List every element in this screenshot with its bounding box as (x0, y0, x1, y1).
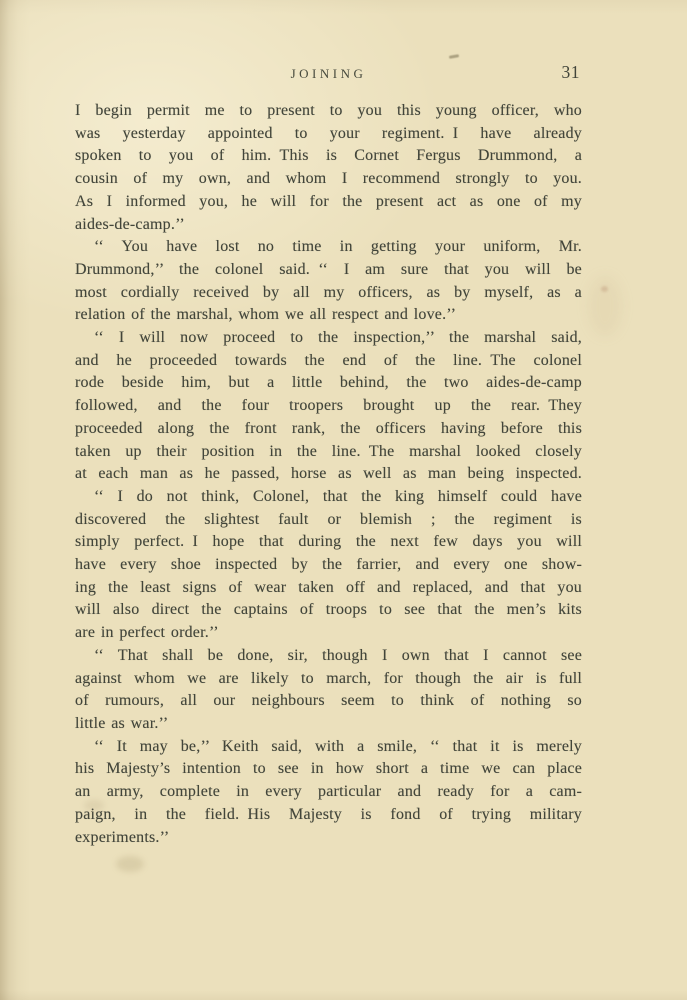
text-line: an army, complete in every particular an… (75, 781, 582, 804)
book-page: JOINING 31 I begin permit me to present … (0, 0, 687, 1000)
text-line: discovered the slightest fault or blemis… (75, 509, 582, 532)
paragraph: ‘‘ You have lost no time in getting your… (75, 236, 582, 327)
text-line: relation of the marshal, whom we all res… (75, 304, 582, 327)
text-line: proceeded along the front rank, the offi… (75, 418, 582, 441)
paragraph: ‘‘ That shall be done, sir, though I own… (75, 645, 582, 736)
paper-smudge (116, 856, 144, 872)
text-line: little as war.’’ (75, 713, 582, 736)
text-line: rode beside him, but a little behind, th… (75, 372, 582, 395)
text-line: most cordially received by all my office… (75, 282, 582, 305)
ink-speck (449, 54, 459, 59)
text-line: aides-de-camp.’’ (75, 214, 582, 237)
text-line: have every shoe inspected by the farrier… (75, 554, 582, 577)
text-line: are in perfect order.’’ (75, 622, 582, 645)
text-line: I begin permit me to present to you this… (75, 100, 582, 123)
text-line: followed, and the four troopers brought … (75, 395, 582, 418)
paragraph: ‘‘ I do not think, Colonel, that the kin… (75, 486, 582, 645)
page-text: I begin permit me to present to you this… (75, 100, 582, 849)
text-line: and he proceeded towards the end of the … (75, 350, 582, 373)
page-number: 31 (562, 62, 581, 83)
text-line: ing the least signs of wear taken off an… (75, 577, 582, 600)
text-line: Drummond,’’ the colonel said. ‘‘ I am su… (75, 259, 582, 282)
text-line: spoken to you of him. This is Cornet Fer… (75, 145, 582, 168)
text-line: against whom we are likely to march, for… (75, 668, 582, 691)
text-line: his Majesty’s intention to see in how sh… (75, 758, 582, 781)
text-line: experiments.’’ (75, 827, 582, 850)
text-line: of rumours, all our neighbours seem to t… (75, 690, 582, 713)
page-header: JOINING 31 (75, 62, 582, 86)
text-line: ‘‘ That shall be done, sir, though I own… (75, 645, 582, 668)
text-line: ‘‘ I will now proceed to the inspection,… (75, 327, 582, 350)
paragraph: ‘‘ It may be,’’ Keith said, with a smile… (75, 736, 582, 850)
paragraph: I begin permit me to present to you this… (75, 100, 582, 236)
paper-smudge (588, 276, 622, 336)
text-line: will also direct the captains of troops … (75, 599, 582, 622)
text-line: at each man as he passed, horse as well … (75, 463, 582, 486)
text-line: ‘‘ You have lost no time in getting your… (75, 236, 582, 259)
paragraph: ‘‘ I will now proceed to the inspection,… (75, 327, 582, 486)
running-title: JOINING (291, 66, 367, 82)
stain-dot (601, 286, 608, 292)
text-line: was yesterday appointed to your regiment… (75, 123, 582, 146)
text-line: paign, in the field. His Majesty is fond… (75, 804, 582, 827)
text-line: cousin of my own, and whom I recommend s… (75, 168, 582, 191)
text-line: taken up their position in the line. The… (75, 441, 582, 464)
text-line: ‘‘ It may be,’’ Keith said, with a smile… (75, 736, 582, 759)
text-line: As I informed you, he will for the prese… (75, 191, 582, 214)
text-line: simply perfect. I hope that during the n… (75, 531, 582, 554)
text-line: ‘‘ I do not think, Colonel, that the kin… (75, 486, 582, 509)
